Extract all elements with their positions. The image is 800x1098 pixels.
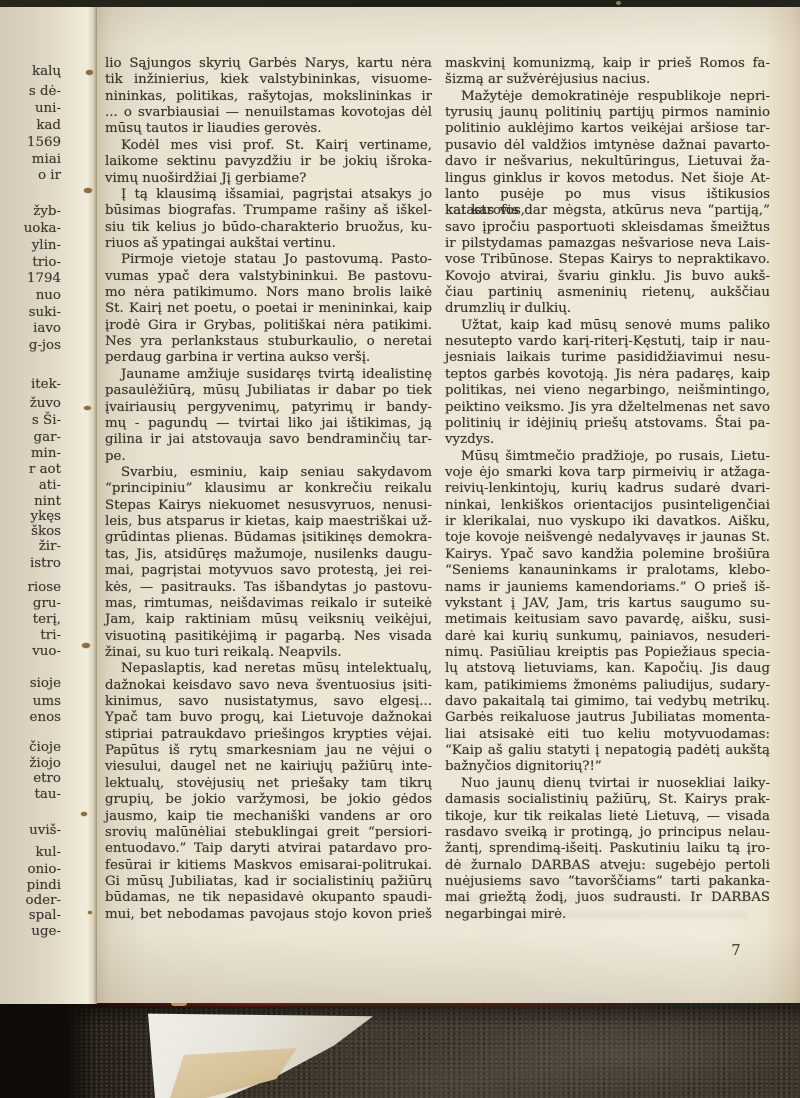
adjacent-page-text-fragment: iavo — [33, 321, 61, 336]
text-line: tikoje, kur tik reikalas lietė Lietuvą, … — [445, 809, 770, 825]
text-line: bažnyčios dignitorių?!” — [445, 759, 770, 775]
text-line: damasis socialistinių pažiūrų, St. Kairy… — [445, 792, 770, 808]
adjacent-page-text-fragment: ums — [33, 694, 61, 709]
text-line: liai atsisakė eiti tuo keliu motyvuodama… — [445, 727, 770, 743]
adjacent-page-text-fragment: nuo — [36, 288, 61, 303]
text-line: politikas, nei vieno negarbingo, neišmin… — [445, 383, 770, 399]
text-line: mui, bet nebodamas pavojaus stojo kovon … — [105, 907, 432, 923]
gutter-speck — [88, 911, 92, 914]
text-line: Mūsų šimtmečio pradžioje, po rusais, Lie… — [445, 449, 770, 465]
text-line: Garbės reikaluose jautrus Jubiliatas mom… — [445, 710, 770, 726]
text-line: reivių-lenkintojų, kurių kadrus sudarė d… — [445, 481, 770, 497]
text-line: jausmo, kaip tie mechaniški vandens ar o… — [105, 809, 432, 825]
text-line: nesutepto vardo karį-riterį-Kęstutį, tai… — [445, 334, 770, 350]
adjacent-page-text-fragment: žuvo — [30, 396, 61, 411]
adjacent-page-text-fragment: kalų — [32, 64, 61, 79]
text-line: Užtat, kaip kad mūsų senovė mums paliko — [445, 318, 770, 334]
adjacent-page-text-fragment: enos — [30, 710, 61, 725]
text-line: Kairys. Ypač savo kandžia polemine broši… — [445, 547, 770, 563]
adjacent-page-text-fragment: nint — [34, 494, 61, 509]
text-line: kam, patikimiems žmonėms paliudijus, sud… — [445, 678, 770, 694]
adjacent-page-text-fragment: s Ši- — [32, 413, 61, 428]
paragraph: Nepaslaptis, kad neretas mūsų intelektua… — [105, 661, 432, 923]
text-line: kai kas vis dar mėgsta, atkūrus neva “pa… — [445, 203, 770, 219]
text-line: vyzdys. — [445, 432, 770, 448]
text-line: politinių ir idėjinių priešų atstovams. … — [445, 416, 770, 432]
adjacent-page-text-fragment: itek- — [31, 377, 61, 392]
text-line: mūsų tautos ir liaudies gerovės. — [105, 121, 432, 137]
gutter-speck — [84, 406, 91, 410]
paragraph: lio Sąjungos skyrių Garbės Narys, kartu … — [105, 56, 432, 138]
paragraph: Mažytėje demokratinėje respublikoje nepr… — [445, 89, 770, 318]
adjacent-page-text-fragment: žir- — [39, 539, 61, 554]
adjacent-page-text-fragment: uviš- — [29, 823, 61, 838]
text-line: darė kai kurių sunkumų, painiavos, nesud… — [445, 629, 770, 645]
adjacent-page-text-fragment: etro — [33, 771, 61, 786]
book-top-edge — [0, 0, 800, 7]
text-line: vumas ypač dera valstybininkui. Be pasto… — [105, 269, 432, 285]
text-line: gilina ir jai atstovauja savo bendraminč… — [105, 432, 432, 448]
text-line: Į tą klausimą išsamiai, pagrįstai atsaky… — [105, 187, 432, 203]
left-shadow — [0, 1001, 95, 1098]
text-line: nams ir jauniems kamendoriams.” O prieš … — [445, 580, 770, 596]
adjacent-page-text-fragments: kalųs dė-uni-kad1569miaio iržyb-uoka-yli… — [0, 0, 64, 1000]
text-line: stipriai patraukdavo priešingos krypties… — [105, 727, 432, 743]
adjacent-page-text-fragment: žyb- — [33, 204, 61, 219]
text-line: žantį, sprendimą-išeitį. Paskutiniu laik… — [445, 841, 770, 857]
text-column-right: maskvinį komunizmą, kaip ir prieš Romos … — [445, 56, 770, 923]
adjacent-page-text-fragment: uge- — [31, 924, 61, 939]
adjacent-page-text-fragment: tri- — [40, 628, 61, 643]
adjacent-page-text-fragment: kul- — [35, 845, 61, 860]
paragraph: maskvinį komunizmą, kaip ir prieš Romos … — [445, 56, 770, 89]
text-line: mas, rimtumas, neišdavimas reikalo ir su… — [105, 596, 432, 612]
adjacent-page-text-fragment: uoka- — [24, 221, 61, 236]
adjacent-page-text-fragment: ykęs — [31, 509, 61, 524]
text-line: nininkas, politikas, rašytojas, mokslini… — [105, 89, 432, 105]
text-line: Stepas Kairys niekuomet nesusvyruos, nen… — [105, 498, 432, 514]
adjacent-page-text-fragment: uni- — [35, 101, 61, 116]
text-line: Jam, kaip raktiniam mūsų veiksnių veikėj… — [105, 612, 432, 628]
text-line: vose Tribūnose. Stepas Kairys to neprakt… — [445, 252, 770, 268]
text-line: Ypač tam buvo progų, kai Lietuvoje dažno… — [105, 710, 432, 726]
adjacent-page-text-fragment: s dė- — [29, 84, 61, 99]
adjacent-page-text-fragment: suki- — [29, 305, 61, 320]
text-line: “Seniems kanauninkams ir pralotams, kleb… — [445, 563, 770, 579]
text-line: Gi mūsų Jubiliatas, kad ir socialistinių… — [105, 874, 432, 890]
text-line: žinai, su kuo turi reikalą. Neapvils. — [105, 645, 432, 661]
text-line: mai, pagrįstai motyvuos savo protestą, j… — [105, 563, 432, 579]
text-line: ninkai, lenkiškos orientacijos pusinteli… — [445, 498, 770, 514]
text-line: Papūtus iš rytų smarkesniam jau ne vėjui… — [105, 743, 432, 759]
text-line: politinio auklėjimo kartos veikėjai arši… — [445, 121, 770, 137]
adjacent-page-text-fragment: kad — [36, 118, 61, 133]
adjacent-page-text-fragment: gar- — [34, 430, 61, 445]
top-edge-speck — [616, 1, 621, 5]
text-line: tas, Jis, atsidūręs mažumoje, nusilenks … — [105, 547, 432, 563]
text-line: kės, — pasitrauks. Tas išbandytas jo pas… — [105, 580, 432, 596]
gutter-speck — [84, 188, 92, 193]
text-line: dažnokai keisdavo savo neva šventuosius … — [105, 678, 432, 694]
adjacent-page-text-fragment: vuo- — [32, 644, 61, 659]
text-line: grūdintas plienas. Būdamas įsitikinęs de… — [105, 530, 432, 546]
text-line: Nuo jaunų dienų tvirtai ir nuosekliai la… — [445, 776, 770, 792]
adjacent-page-text-fragment: 1569 — [27, 135, 61, 150]
text-line: Nes yra perlankstaus stuburkaulio, o ner… — [105, 334, 432, 350]
adjacent-page-text-fragment: tau- — [34, 787, 61, 802]
adjacent-page-text-fragment: žiojo — [29, 756, 61, 771]
text-line: siu tik kelius jo būdo-charakterio bruož… — [105, 220, 432, 236]
text-line: fesūrai ir kitiems Maskvos emisarai-poli… — [105, 858, 432, 874]
adjacent-page-text-fragment: oder- — [26, 893, 61, 908]
text-line: pasaulėžiūrą, mūsų Jubiliatas ir dabar p… — [105, 383, 432, 399]
text-line: kinimus, savo nusistatymus, savo elgesį.… — [105, 694, 432, 710]
text-line: Nepaslaptis, kad neretas mūsų intelektua… — [105, 661, 432, 677]
text-line: drumzlių ir dulkių. — [445, 301, 770, 317]
text-line: ... o svarbiausiai — nenuilstamas kovoto… — [105, 105, 432, 121]
text-line: perdaug garbina ir vertina aukso veršį. — [105, 350, 432, 366]
text-line: rasdavo sveiką ir protingą, jo principus… — [445, 825, 770, 841]
text-line: davo pakaitalą tai gimimo, tai vedybų me… — [445, 694, 770, 710]
adjacent-page-text-fragment: trio- — [32, 255, 61, 270]
text-line: maskvinį komunizmą, kaip ir prieš Romos … — [445, 56, 770, 72]
text-line: “principiniu” klausimu ar konkrečiu reik… — [105, 481, 432, 497]
text-line: Mažytėje demokratinėje respublikoje nepr… — [445, 89, 770, 105]
paragraph: Į tą klausimą išsamiai, pagrįstai atsaky… — [105, 187, 432, 252]
text-line: lio Sąjungos skyrių Garbės Narys, kartu … — [105, 56, 432, 72]
text-line: mo nėra patikimumo. Nors mano brolis lai… — [105, 285, 432, 301]
text-line: Pirmoje vietoje statau Jo pastovumą. Pas… — [105, 252, 432, 268]
text-line: tik inžinierius, kiek valstybininkas, vi… — [105, 72, 432, 88]
text-line: vykstant į JAV, Jam, tris kartus saugumo… — [445, 596, 770, 612]
text-line: lektualų, stovėjusių net priešaky tam ti… — [105, 776, 432, 792]
text-line: “Kaip aš galiu statyti į nepatogią padėt… — [445, 743, 770, 759]
text-line: viesului, daugel net ne kairiųjų pažiūrų… — [105, 759, 432, 775]
adjacent-page-text-fragment: riose — [27, 580, 61, 595]
text-line: ir klerikalai, nuo vyskupo iki davatkos.… — [445, 514, 770, 530]
text-line: srovių malūnėliai stebuklingai greit “pe… — [105, 825, 432, 841]
text-line: tyrusių jaunų politinių partijų pirmos n… — [445, 105, 770, 121]
text-line: ir pilstydamas pamazgas nešvariose neva … — [445, 236, 770, 252]
paragraph: Mūsų šimtmečio pradžioje, po rusais, Lie… — [445, 449, 770, 776]
adjacent-page-text-fragment: čioje — [29, 740, 61, 755]
text-line: entuodavo.” Taip daryti atvirai patardav… — [105, 841, 432, 857]
text-column-left: lio Sąjungos skyrių Garbės Narys, kartu … — [105, 56, 432, 923]
text-line: įvairiausių pergyvenimų, patyrimų ir ban… — [105, 400, 432, 416]
text-line: jesniais laikais turime pasididžiavimui … — [445, 350, 770, 366]
paragraph: Svarbiu, esminiu, kaip seniau sakydavom“… — [105, 465, 432, 661]
book-page: lio Sąjungos skyrių Garbės Narys, kartu … — [97, 7, 800, 1003]
adjacent-page-text-fragment: gru- — [33, 596, 61, 611]
adjacent-page-text-fragment: g-jos — [29, 338, 61, 353]
text-line: Svarbiu, esminiu, kaip seniau sakydavom — [105, 465, 432, 481]
paragraph: Jauname amžiuje susidaręs tvirtą idealis… — [105, 367, 432, 465]
paragraph: Pirmoje vietoje statau Jo pastovumą. Pas… — [105, 252, 432, 367]
adjacent-page-text-fragment: istro — [30, 556, 61, 571]
text-line: leis, bus atsparus ir kietas, kaip maest… — [105, 514, 432, 530]
adjacent-page-text-fragment: miai — [32, 152, 61, 167]
text-line: savo įpročiu pasportuoti skleisdamas šme… — [445, 220, 770, 236]
text-line: būsimas biografas. Trumpame rašiny aš iš… — [105, 203, 432, 219]
adjacent-page-text-fragment: ylin- — [32, 238, 61, 253]
paragraph: Užtat, kaip kad mūsų senovė mums palikon… — [445, 318, 770, 449]
text-line: įrodė Gira ir Grybas, politiškai nėra pa… — [105, 318, 432, 334]
text-line: lanto pusėje po mus visus ištikusios kat… — [445, 187, 770, 203]
text-line: davo ir nešvarius, nekultūringus, Lietuv… — [445, 154, 770, 170]
adjacent-page-text-fragment: škos — [31, 524, 61, 539]
bleed-through-ghost — [447, 863, 747, 927]
text-line: voje ėjo smarki kova tarp pirmeivių ir a… — [445, 465, 770, 481]
text-line: mų - pagundų — tvirtai liko jai ištikima… — [105, 416, 432, 432]
text-line: Kodėl mes visi prof. St. Kairį vertiname… — [105, 138, 432, 154]
text-line: teptos garbės kovotoją. Jis nėra padaręs… — [445, 367, 770, 383]
text-line: peiktino veiksmo. Jis yra dželtelmenas n… — [445, 400, 770, 416]
text-line: Jauname amžiuje susidaręs tvirtą idealis… — [105, 367, 432, 383]
gutter-speck — [82, 643, 90, 648]
text-line: vimų nuoširdžiai Jį gerbiame? — [105, 171, 432, 187]
adjacent-page-text-fragment: r aot — [29, 462, 61, 477]
adjacent-page-text-fragment: onio- — [27, 862, 61, 877]
adjacent-page-text-fragment: spal- — [29, 908, 61, 923]
text-line: visuotiną pasitikėjimą ir pagarbą. Nes v… — [105, 629, 432, 645]
adjacent-page-text-fragment: terį, — [33, 612, 61, 627]
text-line: būdamas, ne tik nepasidavė okupanto spau… — [105, 890, 432, 906]
text-line: šizmą ar sužvėrėjusius nacius. — [445, 72, 770, 88]
adjacent-page-text-fragment: sioje — [30, 676, 61, 691]
text-line: St. Kairį net poetu, o poetai ir meninin… — [105, 301, 432, 317]
text-line: lų atstovą lietuviams, kan. Kapočių. Jis… — [445, 661, 770, 677]
text-line: nimų. Pasiūliau kreiptis pas Popiežiaus … — [445, 645, 770, 661]
adjacent-page-text-fragment: ati- — [39, 478, 61, 493]
text-line: laikome sektinu pavyzdžiu ir be jokių iš… — [105, 154, 432, 170]
text-line: Kovojo atvirai, švariu ginklu. Jis buvo … — [445, 269, 770, 285]
adjacent-page-text-fragment: 1794 — [27, 271, 61, 286]
gutter-speck — [86, 70, 93, 75]
book-scan-photo: lio Sąjungos skyrių Garbės Narys, kartu … — [0, 0, 800, 1098]
paragraph: Kodėl mes visi prof. St. Kairį vertiname… — [105, 138, 432, 187]
adjacent-page-text-fragment: pindi — [27, 878, 61, 893]
text-line: čiau partinių asmeninių rietenų, aukščia… — [445, 285, 770, 301]
page-number: 7 — [726, 943, 746, 959]
text-line: toje kovoje neišvengė nedalyvavęs ir jau… — [445, 530, 770, 546]
text-line: pusavio dėl valdžios imtynėse dažnai pav… — [445, 138, 770, 154]
text-line: lingus ginklus ir kovos metodus. Net šio… — [445, 171, 770, 187]
text-line: pe. — [105, 449, 432, 465]
gutter-speck — [81, 812, 87, 816]
text-line: metimais keitusiam savo pavardę, aišku, … — [445, 612, 770, 628]
adjacent-page-text-fragment: o ir — [38, 168, 61, 183]
text-line: riuos aš ypatingai aukštai vertinu. — [105, 236, 432, 252]
adjacent-page-text-fragment: min- — [31, 446, 61, 461]
text-line: grupių, be jokio varžymosi, be jokio gėd… — [105, 792, 432, 808]
